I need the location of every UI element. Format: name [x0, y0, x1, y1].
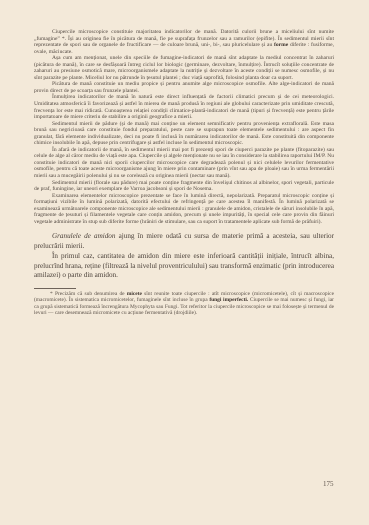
body-text-large: Granulele de amidon ajung în miere odată… — [34, 232, 334, 281]
paragraph-p9: Granulele de amidon ajung în miere odată… — [34, 232, 334, 251]
book-page: Ciupercile microscopice constituie major… — [34, 29, 334, 317]
paragraph-p10: În primul caz, cantitatea de amidon din … — [34, 252, 334, 281]
paragraph-p3: Picătura de mană constituie un mediu pro… — [34, 81, 334, 94]
paragraph-p6: În afară de indicatorii de mană, în sedi… — [34, 147, 334, 180]
paragraph-p1: Ciupercile microscopice constituie major… — [34, 29, 334, 55]
page-number: 175 — [323, 480, 334, 488]
footnote: * Precizăm că sub denumirea de micete sî… — [34, 291, 334, 317]
paragraph-p5: Sedimentul mierii de pădure (și de mană)… — [34, 121, 334, 147]
body-text-small: Ciupercile microscopice constituie major… — [34, 29, 334, 225]
paragraph-p4: Înmulțirea indicatorilor de mană în natu… — [34, 94, 334, 120]
paragraph-p2: Așa cum am menționat, unele din speciile… — [34, 55, 334, 81]
footnote-text: * Precizăm că sub denumirea de micete sî… — [34, 291, 334, 317]
paragraph-p7: Sedimentul mierii (florale sau pădure) m… — [34, 180, 334, 193]
paragraph-p8: Examinarea elementelor microscopice prez… — [34, 193, 334, 226]
footnote-divider — [34, 288, 76, 289]
